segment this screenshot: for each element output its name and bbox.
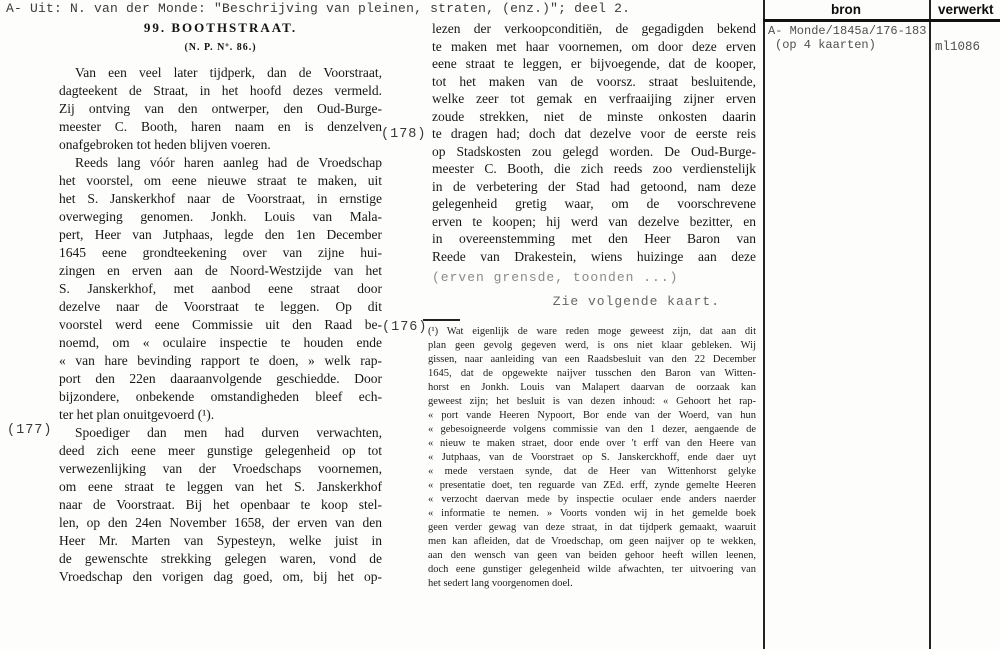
- bron-reference: A- Monde/1845a/176-183: [768, 24, 926, 38]
- table-header-bron: bron: [763, 2, 929, 17]
- text-line: het voorstel, om eene nieuwe straat te m…: [59, 172, 382, 190]
- text-line: horst en Jonkh. Louis van Malapert daarv…: [428, 381, 756, 395]
- article-subheading: (N. P. Nº. 86.): [59, 42, 382, 54]
- text-line: deed zich eene meer gunstige gelegenheid…: [59, 442, 382, 460]
- scanned-document-page: { "colors": { "ink": "#161616", "table_l…: [0, 0, 1000, 649]
- text-line: « nieuw te maken straet, door ende over …: [428, 437, 756, 451]
- text-line: om eene straat te leggen van het S. Jans…: [59, 478, 382, 496]
- text-line: plan geen gevolg gegeven werd, is ons ni…: [428, 339, 756, 353]
- right-column-text: lezen der verkoopconditiën, de gegadigde…: [432, 20, 756, 265]
- table-left-border: [763, 0, 765, 649]
- right-text-column: lezen der verkoopconditiën, de gegadigde…: [432, 20, 756, 309]
- table-cell-bron: A- Monde/1845a/176-183 (op 4 kaarten): [768, 24, 926, 52]
- text-line: « van hare bevinding rapport te doen, » …: [59, 352, 382, 370]
- text-line: welke zeer tot gemak en verfraaijing zij…: [432, 90, 756, 108]
- text-line: Reeds lang vóór haren aanleg had de Vroe…: [59, 154, 382, 172]
- text-line: port den 22en daaraanvolgende geschiedde…: [59, 370, 382, 388]
- text-line: « informatie te nemen. » Voorts vonden w…: [428, 507, 756, 521]
- typewriter-map-reference: Zie volgende kaart.: [432, 294, 756, 309]
- bron-reference-detail: (op 4 kaarten): [768, 38, 926, 52]
- text-line: tot het maken van de voorsz. straat besl…: [432, 73, 756, 91]
- text-line: 1645, dat de opgewekte naijver tusschen …: [428, 367, 756, 381]
- text-line: dezelve naar de Voorstraat te leggen. Op…: [59, 298, 382, 316]
- text-line: te dragen had; doch dat dezelve voor de …: [432, 125, 756, 143]
- text-line: len, op den 24en November 1658, der erve…: [59, 514, 382, 532]
- text-line: het S. Janskerkhof naar de Voorstraat, i…: [59, 190, 382, 208]
- text-line: « verzocht daervan mede by inspectie ocu…: [428, 493, 756, 507]
- text-line: doch eene gunstiger gelegenheid wilde af…: [428, 563, 756, 577]
- article-heading: 99. BOOTHSTRAAT.: [59, 20, 382, 36]
- text-line: het sedert lang voorgenomen doel.: [428, 577, 756, 591]
- margin-page-mark-178: (178): [381, 127, 427, 142]
- text-line: aan den wensch van geen van beiden gehoo…: [428, 549, 756, 563]
- text-line: zingen en erven aan de Noord-Westzijde v…: [59, 262, 382, 280]
- text-line: erven te koopen; hij werd van dezelve be…: [432, 213, 756, 231]
- text-line: « port vande Heeren Nypoort, Bor ende va…: [428, 409, 756, 423]
- text-line: « Jutphaas, van de Voorstraet op S. Jans…: [428, 451, 756, 465]
- table-header-verwerkt: verwerkt: [938, 2, 994, 17]
- footnote-separator-rule: [423, 319, 460, 321]
- text-line: 1645 eene grondteekening over van zijne …: [59, 244, 382, 262]
- typewriter-note: (erven grensde, toonden ...): [432, 270, 756, 285]
- text-line: eene straat te leggen, er bijvoegende, d…: [432, 55, 756, 73]
- text-line: naar de Voorstraat. Bij het openbaar te …: [59, 496, 382, 514]
- text-line: pert, Heer van Jutphaas, legde den 1en D…: [59, 226, 382, 244]
- margin-page-mark-177: (177): [7, 423, 53, 438]
- text-line: meester C. Booth, die zich reeds zoo ver…: [432, 160, 756, 178]
- text-line: (¹) Wat eigenlijk de ware reden moge gew…: [428, 325, 756, 339]
- text-line: voorstel werd eene Commissie uit den Raa…: [59, 316, 382, 334]
- text-line: te maken met haar voornemen, om door dez…: [432, 38, 756, 56]
- text-line: verwezenlijking van der Vroedschaps voor…: [59, 460, 382, 478]
- text-line: Van een veel later tijdperk, dan de Voor…: [59, 64, 382, 82]
- text-line: in overeenstemming met den Heer Baron va…: [432, 230, 756, 248]
- text-line: bijzondere, onbekende omstandigheden ble…: [59, 388, 382, 406]
- left-column-text: Van een veel later tijdperk, dan de Voor…: [59, 64, 382, 586]
- text-line: in de verbetering der Stad had getoond, …: [432, 178, 756, 196]
- text-line: geen verder gewag van deze straat, in da…: [428, 521, 756, 535]
- left-text-column: 99. BOOTHSTRAAT. (N. P. Nº. 86.) Van een…: [59, 20, 382, 586]
- table-header-underline: [763, 19, 1000, 22]
- text-line: « mede verstaen synde, dat de Heer van W…: [428, 465, 756, 479]
- source-annotation: A- Uit: N. van der Monde: "Beschrijving …: [6, 1, 630, 16]
- text-line: meester C. Booth, haren naam en is denze…: [59, 118, 382, 136]
- text-line: op Stadskosten zou gelegd worden. De Oud…: [432, 143, 756, 161]
- text-line: ter het plan onuitgevoerd (¹).: [59, 406, 382, 424]
- text-line: gissen, naar aanleiding van een Raadsbes…: [428, 353, 756, 367]
- footnote-text: (¹) Wat eigenlijk de ware reden moge gew…: [428, 325, 756, 591]
- table-column-divider: [929, 0, 931, 649]
- text-line: lezen der verkoopconditiën, de gegadigde…: [432, 20, 756, 38]
- text-line: Reede van Drakestein, wiens huizinge aan…: [432, 248, 756, 266]
- text-line: Heer Mr. Marten van Sypesteyn, welke jui…: [59, 532, 382, 550]
- text-line: onafgebroken tot heden blijven voeren.: [59, 136, 382, 154]
- table-cell-verwerkt: ml1086: [935, 40, 980, 54]
- text-line: Zij ontving van den ontwerper, den Oud-B…: [59, 100, 382, 118]
- text-line: Vroedschap den vorigen dag goed, om, bij…: [59, 568, 382, 586]
- text-line: « presentatie doet, ten reguarde van ZEd…: [428, 479, 756, 493]
- text-line: de gewenschte strekking gelegen waren, v…: [59, 550, 382, 568]
- text-line: « gebesoigneerde volgens commissie van d…: [428, 423, 756, 437]
- text-line: noemd, om « oculaire inspectie te houden…: [59, 334, 382, 352]
- text-line: geweest zijn; het besluit is van dezen i…: [428, 395, 756, 409]
- text-line: overweging genomen. Jonkh. Louis van Mal…: [59, 208, 382, 226]
- text-line: zoude strekken, niet de minste onkosten …: [432, 108, 756, 126]
- text-line: Spoediger dan men had durven verwachten,: [59, 424, 382, 442]
- margin-page-mark-176: (176): [382, 320, 428, 335]
- text-line: dagteekent de Straat, in het hoofd dezes…: [59, 82, 382, 100]
- text-line: men kan afleiden, dat de Vroedschap, om …: [428, 535, 756, 549]
- text-line: gelegenheid gretig waar, om de voorschre…: [432, 195, 756, 213]
- text-line: S. Janskerkhof, met aanbod eene straat d…: [59, 280, 382, 298]
